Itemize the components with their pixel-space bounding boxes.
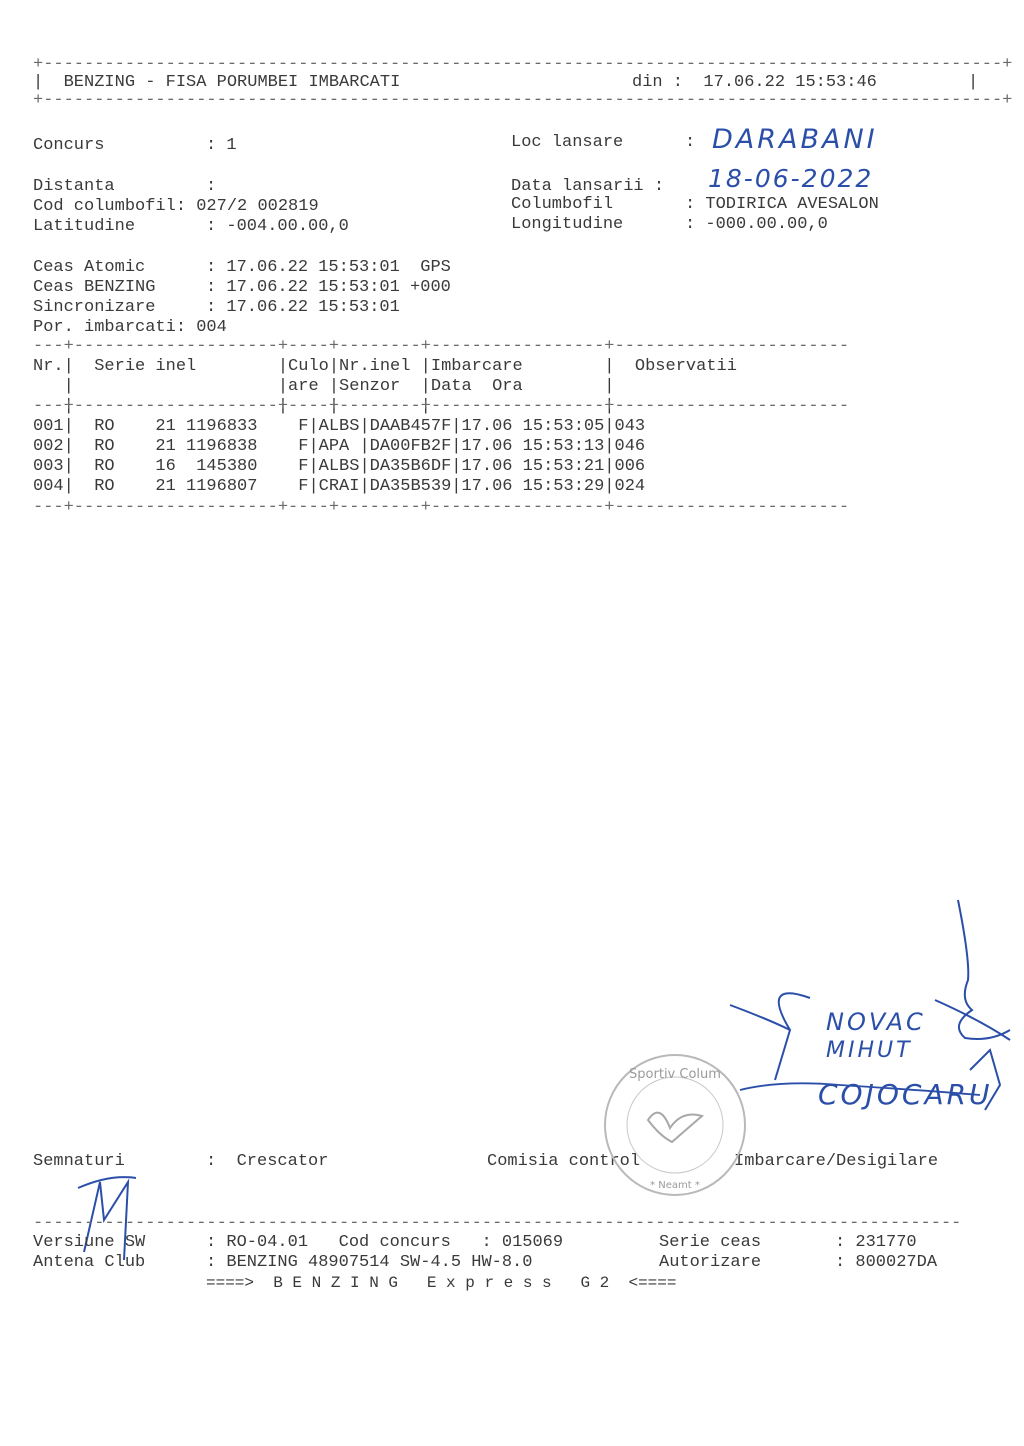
header-border-top: +---------------------------------------…: [33, 55, 1012, 75]
svg-text:Sportiv Colum: Sportiv Colum: [629, 1067, 721, 1082]
table-header-separator: ---+--------------------+----+--------+-…: [33, 397, 849, 417]
distanta-value: :: [206, 177, 226, 197]
autorizare-label-text: Autorizare: [659, 1253, 761, 1272]
sincronizare-value-text: 17.06.22 15:53:01: [226, 298, 399, 317]
signature-name-2: MIHUT: [826, 1038, 913, 1063]
svg-text:* Neamt *: * Neamt *: [650, 1180, 700, 1191]
ceas-benzing-suffix: +000: [410, 278, 451, 297]
table-header-line: | |are |Senzor |Data Ora |: [33, 377, 615, 397]
por-imbarcati-label: Por. imbarcati: [33, 318, 176, 337]
antena-value: : BENZING 48907514 SW-4.5 HW-8.0: [206, 1253, 532, 1273]
autorizare-value-text: 800027DA: [855, 1253, 937, 1272]
ceas-benzing-label: Ceas BENZING: [33, 278, 155, 298]
data-lansarii-handwritten: 18-06-2022: [708, 164, 873, 193]
columbofil-value: : TODIRICA AVESALON: [685, 195, 879, 215]
data-lansarii-label: Data lansarii :: [511, 177, 664, 197]
benzing-banner: ====> B E N Z I N G E x p r e s s G 2 <=…: [206, 1273, 676, 1293]
sincronizare-value: : 17.06.22 15:53:01: [206, 298, 400, 318]
data-lansarii-label-text: Data lansarii: [511, 177, 644, 196]
loc-lansare-handwritten: DARABANI: [712, 124, 878, 155]
header-row: | BENZING - FISA PORUMBEI IMBARCATI: [33, 73, 400, 93]
table-row: 002| RO 21 1196838 F|APA |DA00FB2F|17.06…: [33, 437, 645, 457]
imbarcare-desigilare-text: Imbarcare/Desigilare: [734, 1152, 938, 1171]
longitudine-value-text: -000.00.00,0: [705, 215, 827, 234]
latitudine-value: : -004.00.00,0: [206, 217, 349, 237]
longitudine-value: : -000.00.00,0: [685, 215, 828, 235]
table-row: 004| RO 21 1196807 F|CRAI|DA35B539|17.06…: [33, 477, 645, 497]
por-imbarcati-value: 004: [196, 318, 227, 337]
versiune-label-text: Versiune SW: [33, 1233, 145, 1252]
latitudine-label-text: Latitudine: [33, 217, 135, 236]
dove-icon: [648, 1113, 702, 1142]
crescator-label: Crescator: [237, 1152, 329, 1171]
header-border-right: |: [968, 73, 978, 93]
columbofil-label: Columbofil: [511, 195, 613, 215]
signature-name-3: COJOCARU: [818, 1078, 993, 1111]
longitudine-label-text: Longitudine: [511, 215, 623, 234]
concurs-label: Concurs: [33, 136, 104, 155]
crescator-field: : Crescator: [206, 1152, 328, 1172]
sincronizare-label-text: Sincronizare: [33, 298, 155, 317]
table-border-top: ---+--------------------+----+--------+-…: [33, 337, 849, 357]
cod-concurs-label: Cod concurs: [339, 1233, 451, 1252]
ceas-atomic-value-text: 17.06.22 15:53:01: [226, 258, 399, 277]
sincronizare-label: Sincronizare: [33, 298, 155, 318]
distanta-label: Distanta: [33, 177, 115, 197]
din-value: 17.06.22 15:53:46: [703, 73, 876, 92]
serie-ceas-label-text: Serie ceas: [659, 1233, 761, 1252]
loc-lansare-label: Loc lansare: [511, 133, 623, 153]
latitudine-value-text: -004.00.00,0: [226, 217, 348, 236]
ceas-atomic-label: Ceas Atomic: [33, 258, 145, 278]
document-title: BENZING - FISA PORUMBEI IMBARCATI: [64, 73, 401, 92]
columbofil-value-text: TODIRICA AVESALON: [705, 195, 878, 214]
cod-columbofil-field: Cod columbofil: 027/2 002819: [33, 197, 319, 217]
latitudine-label: Latitudine: [33, 217, 135, 237]
columbofil-label-text: Columbofil: [511, 195, 613, 214]
loc-lansare-label-text: Loc lansare: [511, 133, 623, 152]
din-label: din :: [632, 73, 683, 92]
ceas-benzing-value: : 17.06.22 15:53:01 +000: [206, 278, 451, 298]
header-border-bottom: +---------------------------------------…: [33, 91, 1012, 111]
concurs-value: : 1: [206, 136, 237, 156]
antena-label: Antena Club: [33, 1253, 145, 1273]
serie-ceas-value-text: 231770: [855, 1233, 916, 1252]
table-header-line: Nr.| Serie inel |Culo|Nr.inel |Imbarcare…: [33, 357, 737, 377]
serie-ceas-value: : 231770: [835, 1233, 917, 1253]
loc-lansare-colon: :: [685, 133, 695, 153]
cod-columbofil-label: Cod columbofil: [33, 197, 176, 216]
table-border-bottom: ---+--------------------+----+--------+-…: [33, 498, 849, 518]
signature-name-1: NOVAC: [826, 1008, 926, 1036]
table-row: 001| RO 21 1196833 F|ALBS|DAAB457F|17.06…: [33, 417, 645, 437]
serie-ceas-label: Serie ceas: [659, 1233, 761, 1253]
header-date: din : 17.06.22 15:53:46: [632, 73, 877, 93]
cod-concurs-value: 015069: [502, 1233, 563, 1252]
autorizare-value: : 800027DA: [835, 1253, 937, 1273]
concurs-field: Concurs: [33, 136, 104, 156]
ceas-atomic-value: : 17.06.22 15:53:01 GPS: [206, 258, 451, 278]
ceas-atomic-suffix: GPS: [420, 258, 451, 277]
ceas-atomic-label-text: Ceas Atomic: [33, 258, 145, 277]
versiune-value: RO-04.01: [226, 1233, 308, 1252]
por-imbarcati-field: Por. imbarcati: 004: [33, 318, 227, 338]
antena-value-text: BENZING 48907514 SW-4.5 HW-8.0: [226, 1253, 532, 1272]
autorizare-label: Autorizare: [659, 1253, 761, 1273]
cod-columbofil-value: 027/2 002819: [196, 197, 318, 216]
antena-label-text: Antena Club: [33, 1253, 145, 1272]
versiune-row: : RO-04.01 Cod concurs : 015069: [206, 1233, 563, 1253]
versiune-label: Versiune SW: [33, 1233, 145, 1253]
table-row: 003| RO 16 145380 F|ALBS|DA35B6DF|17.06 …: [33, 457, 645, 477]
distanta-label-text: Distanta: [33, 177, 115, 196]
footer-separator: ----------------------------------------…: [33, 1214, 961, 1234]
concurs-value-text: 1: [226, 136, 236, 155]
longitudine-label: Longitudine: [511, 215, 623, 235]
ceas-benzing-value-text: 17.06.22 15:53:01: [226, 278, 399, 297]
imbarcare-desigilare-label: Imbarcare/Desigilare: [734, 1152, 938, 1172]
ceas-benzing-label-text: Ceas BENZING: [33, 278, 155, 297]
